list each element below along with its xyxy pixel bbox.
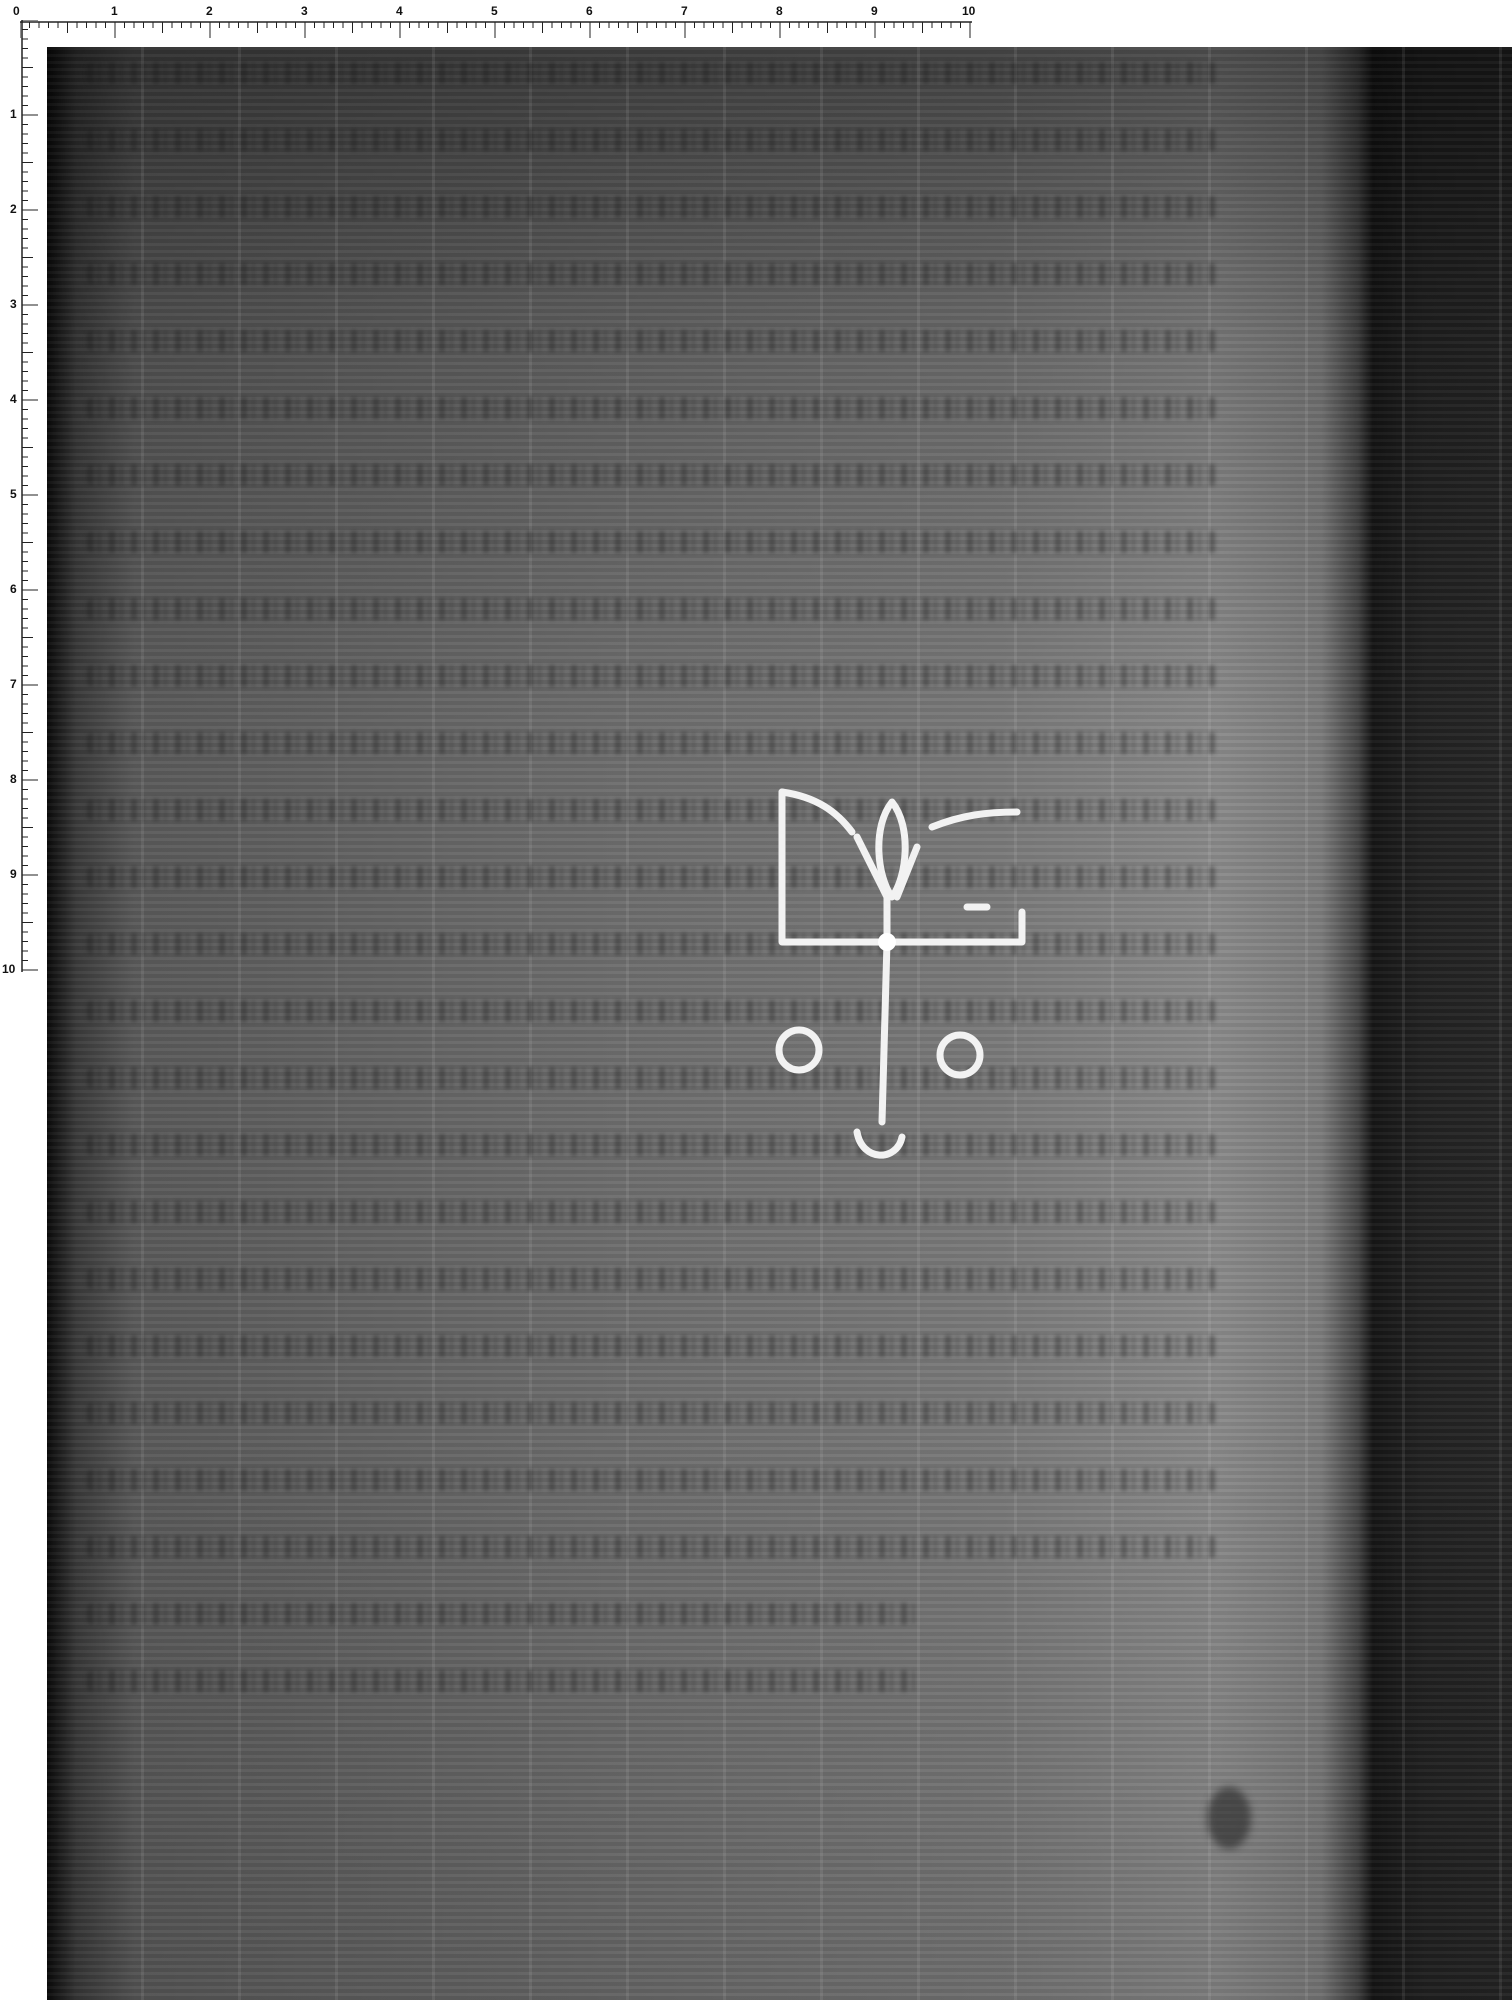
v-label-6: 6 bbox=[10, 582, 17, 596]
vertical-ruler: 1 2 3 4 5 6 7 8 9 10 bbox=[0, 20, 40, 980]
v-label-8: 8 bbox=[10, 772, 17, 786]
v-label-10: 10 bbox=[2, 962, 15, 976]
text-line bbox=[87, 1335, 1217, 1357]
text-line bbox=[87, 330, 1217, 352]
text-line bbox=[87, 263, 1217, 285]
text-line bbox=[87, 1536, 1217, 1558]
h-label-10: 10 bbox=[962, 4, 975, 18]
v-label-2: 2 bbox=[10, 202, 17, 216]
v-label-3: 3 bbox=[10, 297, 17, 311]
h-label-6: 6 bbox=[586, 4, 593, 18]
horizontal-ruler: 0 1 2 3 4 5 6 7 8 9 10 bbox=[20, 0, 980, 40]
h-label-1: 1 bbox=[111, 4, 118, 18]
text-line bbox=[87, 1268, 1217, 1290]
h-label-5: 5 bbox=[491, 4, 498, 18]
text-line bbox=[87, 531, 1217, 553]
text-line bbox=[87, 1603, 917, 1625]
text-line bbox=[87, 1469, 1217, 1491]
vertical-ruler-ticks bbox=[0, 20, 40, 980]
v-label-5: 5 bbox=[10, 487, 17, 501]
h-label-2: 2 bbox=[206, 4, 213, 18]
text-line bbox=[87, 598, 1217, 620]
h-label-8: 8 bbox=[776, 4, 783, 18]
manuscript-radiograph bbox=[47, 47, 1512, 2000]
v-label-1: 1 bbox=[10, 107, 17, 121]
watermark-mark bbox=[737, 767, 1057, 1187]
text-line bbox=[87, 196, 1217, 218]
h-label-9: 9 bbox=[871, 4, 878, 18]
text-line bbox=[87, 732, 1217, 754]
ink-stain bbox=[1207, 1787, 1251, 1849]
horizontal-ruler-ticks bbox=[20, 0, 980, 40]
text-line bbox=[87, 464, 1217, 486]
text-line bbox=[87, 1402, 1217, 1424]
v-label-9: 9 bbox=[10, 867, 17, 881]
h-label-3: 3 bbox=[301, 4, 308, 18]
text-line bbox=[87, 1201, 1217, 1223]
text-line bbox=[87, 1670, 917, 1692]
text-line bbox=[87, 397, 1217, 419]
v-label-7: 7 bbox=[10, 677, 17, 691]
h-label-4: 4 bbox=[396, 4, 403, 18]
text-line bbox=[87, 62, 1217, 84]
h-label-0: 0 bbox=[13, 4, 20, 18]
v-label-4: 4 bbox=[10, 392, 17, 406]
h-label-7: 7 bbox=[681, 4, 688, 18]
text-line bbox=[87, 665, 1217, 687]
text-line bbox=[87, 129, 1217, 151]
